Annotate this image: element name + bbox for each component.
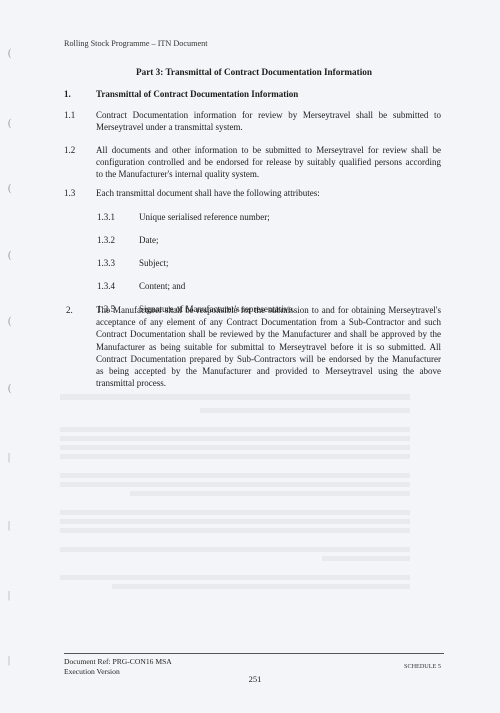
clause-1-2-text: All documents and other information to b… — [96, 144, 441, 181]
clause-line: All documents and other information to b… — [96, 144, 441, 156]
section-2-number: 2. — [66, 305, 73, 315]
clause-1-1-text: Contract Documentation information for r… — [96, 109, 441, 133]
page-number: 251 — [0, 674, 500, 684]
paragraph-line: Manufacturer as being suitable for submi… — [96, 341, 441, 353]
attribute-number: 1.3.2 — [97, 235, 115, 245]
paragraph-line: as being accepted by the Manufacturer an… — [96, 365, 441, 377]
paragraph-line: Contract Documentation prepared by Sub-C… — [96, 353, 441, 365]
margin-mark: | — [8, 520, 10, 531]
clause-line: Contract Documentation information for r… — [96, 109, 441, 121]
margin-mark: ( — [8, 48, 11, 59]
attribute-text: Subject; — [139, 257, 169, 269]
clause-number: 1.1 — [64, 110, 75, 120]
attribute-number: 1.3.3 — [97, 258, 115, 268]
paragraph-line: acceptance of any element of any Contrac… — [96, 316, 441, 328]
clause-line: Each transmittal document shall have the… — [96, 187, 441, 199]
margin-mark: | — [8, 590, 10, 601]
section-1-number: 1. — [64, 89, 71, 99]
clause-number: 1.3 — [64, 188, 75, 198]
paragraph-line: Contract Documentation shall be reviewed… — [96, 328, 441, 340]
clause-line: configuration controlled and be endorsed… — [96, 156, 441, 168]
document-ref: Document Ref: PRG-CON16 MSA — [64, 657, 172, 667]
attribute-text: Date; — [139, 234, 159, 246]
clause-line: to the Manufacturer's internal quality s… — [96, 168, 441, 180]
margin-mark: ( — [8, 250, 11, 261]
margin-mark: ( — [8, 183, 11, 194]
clause-number: 1.2 — [64, 145, 75, 155]
margin-mark: ( — [8, 383, 11, 394]
bleed-through-text — [60, 390, 410, 630]
margin-mark: | — [8, 655, 10, 666]
part-title: Part 3: Transmittal of Contract Document… — [0, 67, 500, 77]
section-2-text: The Manufacturer shall be responsible fo… — [96, 304, 441, 389]
margin-mark: | — [8, 452, 10, 463]
clause-1-3-text: Each transmittal document shall have the… — [96, 187, 441, 199]
margin-mark: ( — [8, 118, 11, 129]
running-header: Rolling Stock Programme – ITN Document — [64, 39, 208, 48]
schedule-label: SCHEDULE 5 — [404, 663, 441, 670]
section-1-heading: Transmittal of Contract Documentation In… — [96, 89, 298, 99]
attribute-number: 1.3.1 — [97, 212, 115, 222]
margin-mark: ( — [8, 316, 11, 327]
paragraph-line: transmittal process. — [96, 377, 441, 389]
attribute-text: Content; and — [139, 280, 185, 292]
paragraph-line: The Manufacturer shall be responsible fo… — [96, 304, 441, 316]
attribute-number: 1.3.4 — [97, 281, 115, 291]
document-page: ( ( ( ( ( ( | | | | Rolling Stock Progra… — [0, 0, 500, 713]
footer-rule — [64, 653, 444, 654]
clause-line: Merseytravel under a transmittal system. — [96, 121, 441, 133]
attribute-text: Unique serialised reference number; — [139, 211, 270, 223]
